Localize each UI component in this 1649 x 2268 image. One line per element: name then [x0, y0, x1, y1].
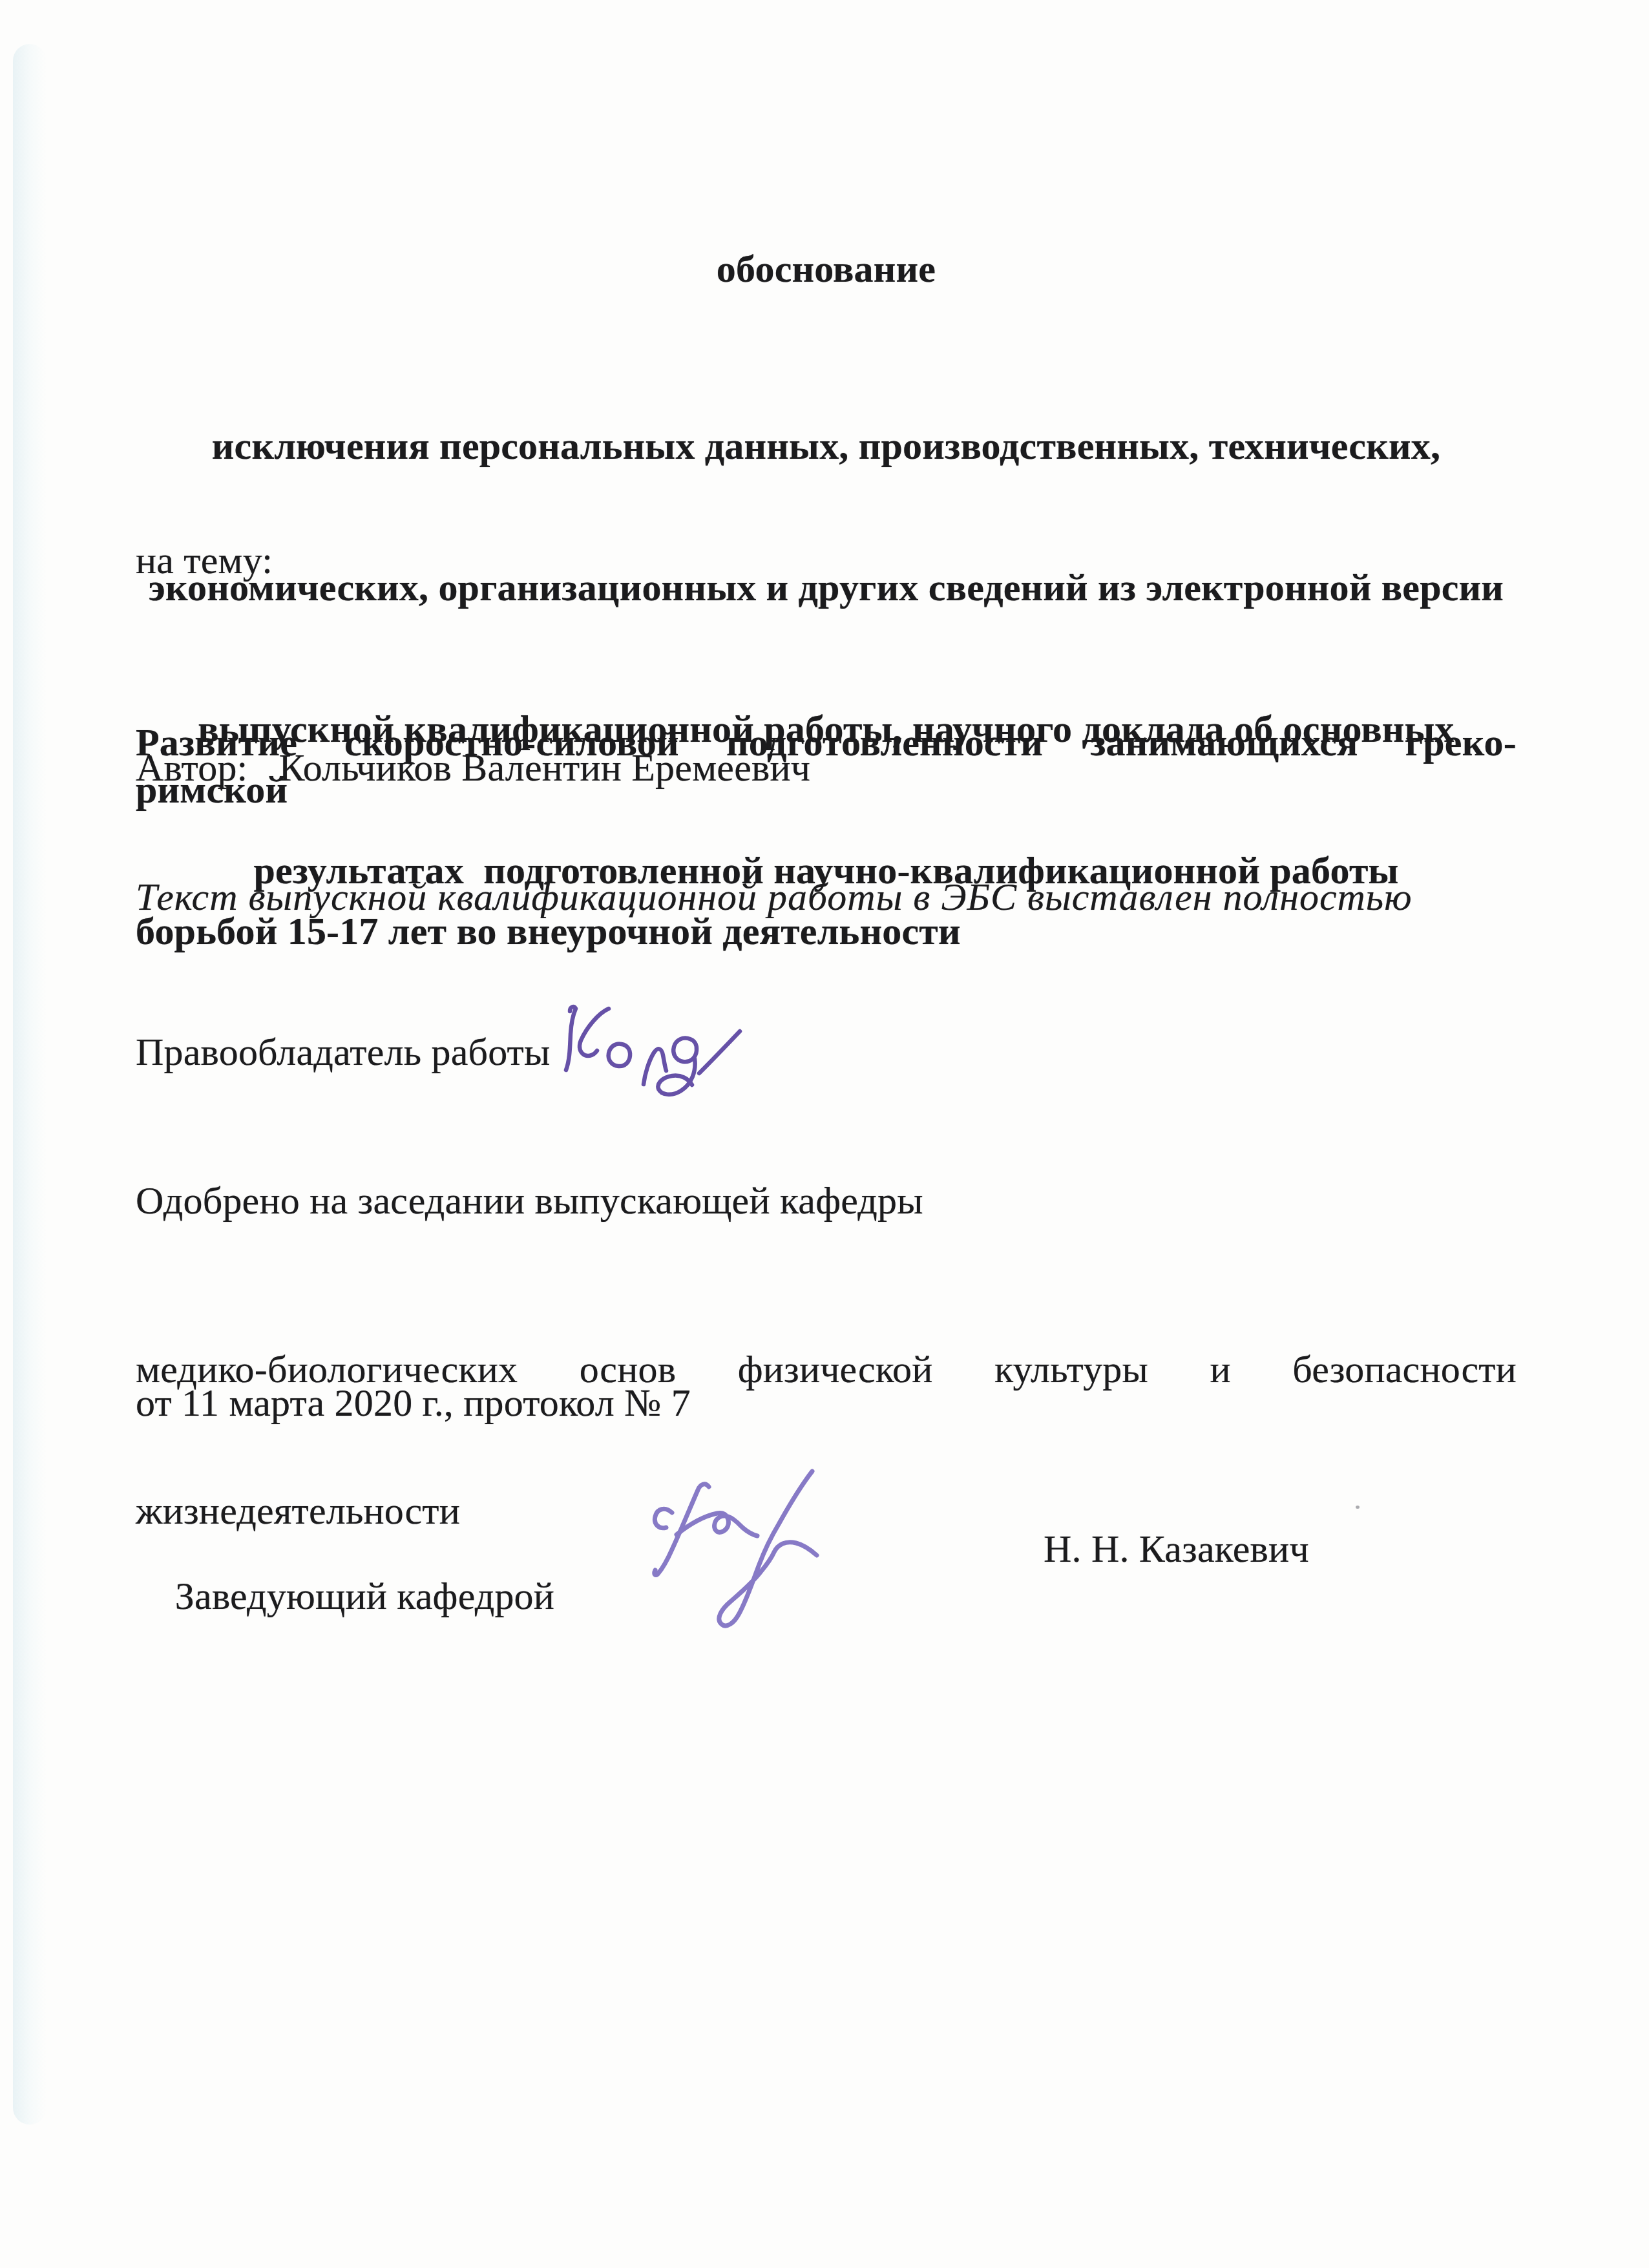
protocol-line: от 11 марта 2020 г., протокол № 7	[136, 1380, 1517, 1427]
head-name: Н. Н. Казакевич	[1044, 1526, 1309, 1573]
author-name: Кольчиков Валентин Еремеевич	[278, 746, 810, 789]
subtitle-line: исключения персональных данных, производ…	[136, 423, 1517, 470]
ink-speck	[1356, 1506, 1360, 1509]
head-row: Заведующий кафедрой Н. Н. Казакевич	[136, 1526, 1517, 1714]
rights-holder-label: Правообладатель работы	[136, 1029, 1517, 1076]
approval-line: Одобрено на заседании выпускающей кафедр…	[136, 1177, 1517, 1224]
document-page: обоснование исключения персональных данн…	[0, 0, 1649, 2268]
page-title: обоснование	[136, 246, 1517, 293]
ebs-statement: Текст выпускной квалификационной работы …	[136, 874, 1517, 921]
author-row: Автор:Кольчиков Валентин Еремеевич	[136, 744, 1517, 792]
theme-label: на тему:	[136, 537, 1517, 584]
author-label: Автор:	[136, 746, 247, 789]
thesis-title: Развитие скоростно-силовой подготовленно…	[136, 625, 1517, 1049]
scan-edge-shadow	[13, 44, 47, 2125]
head-label: Заведующий кафедрой	[175, 1575, 554, 1617]
